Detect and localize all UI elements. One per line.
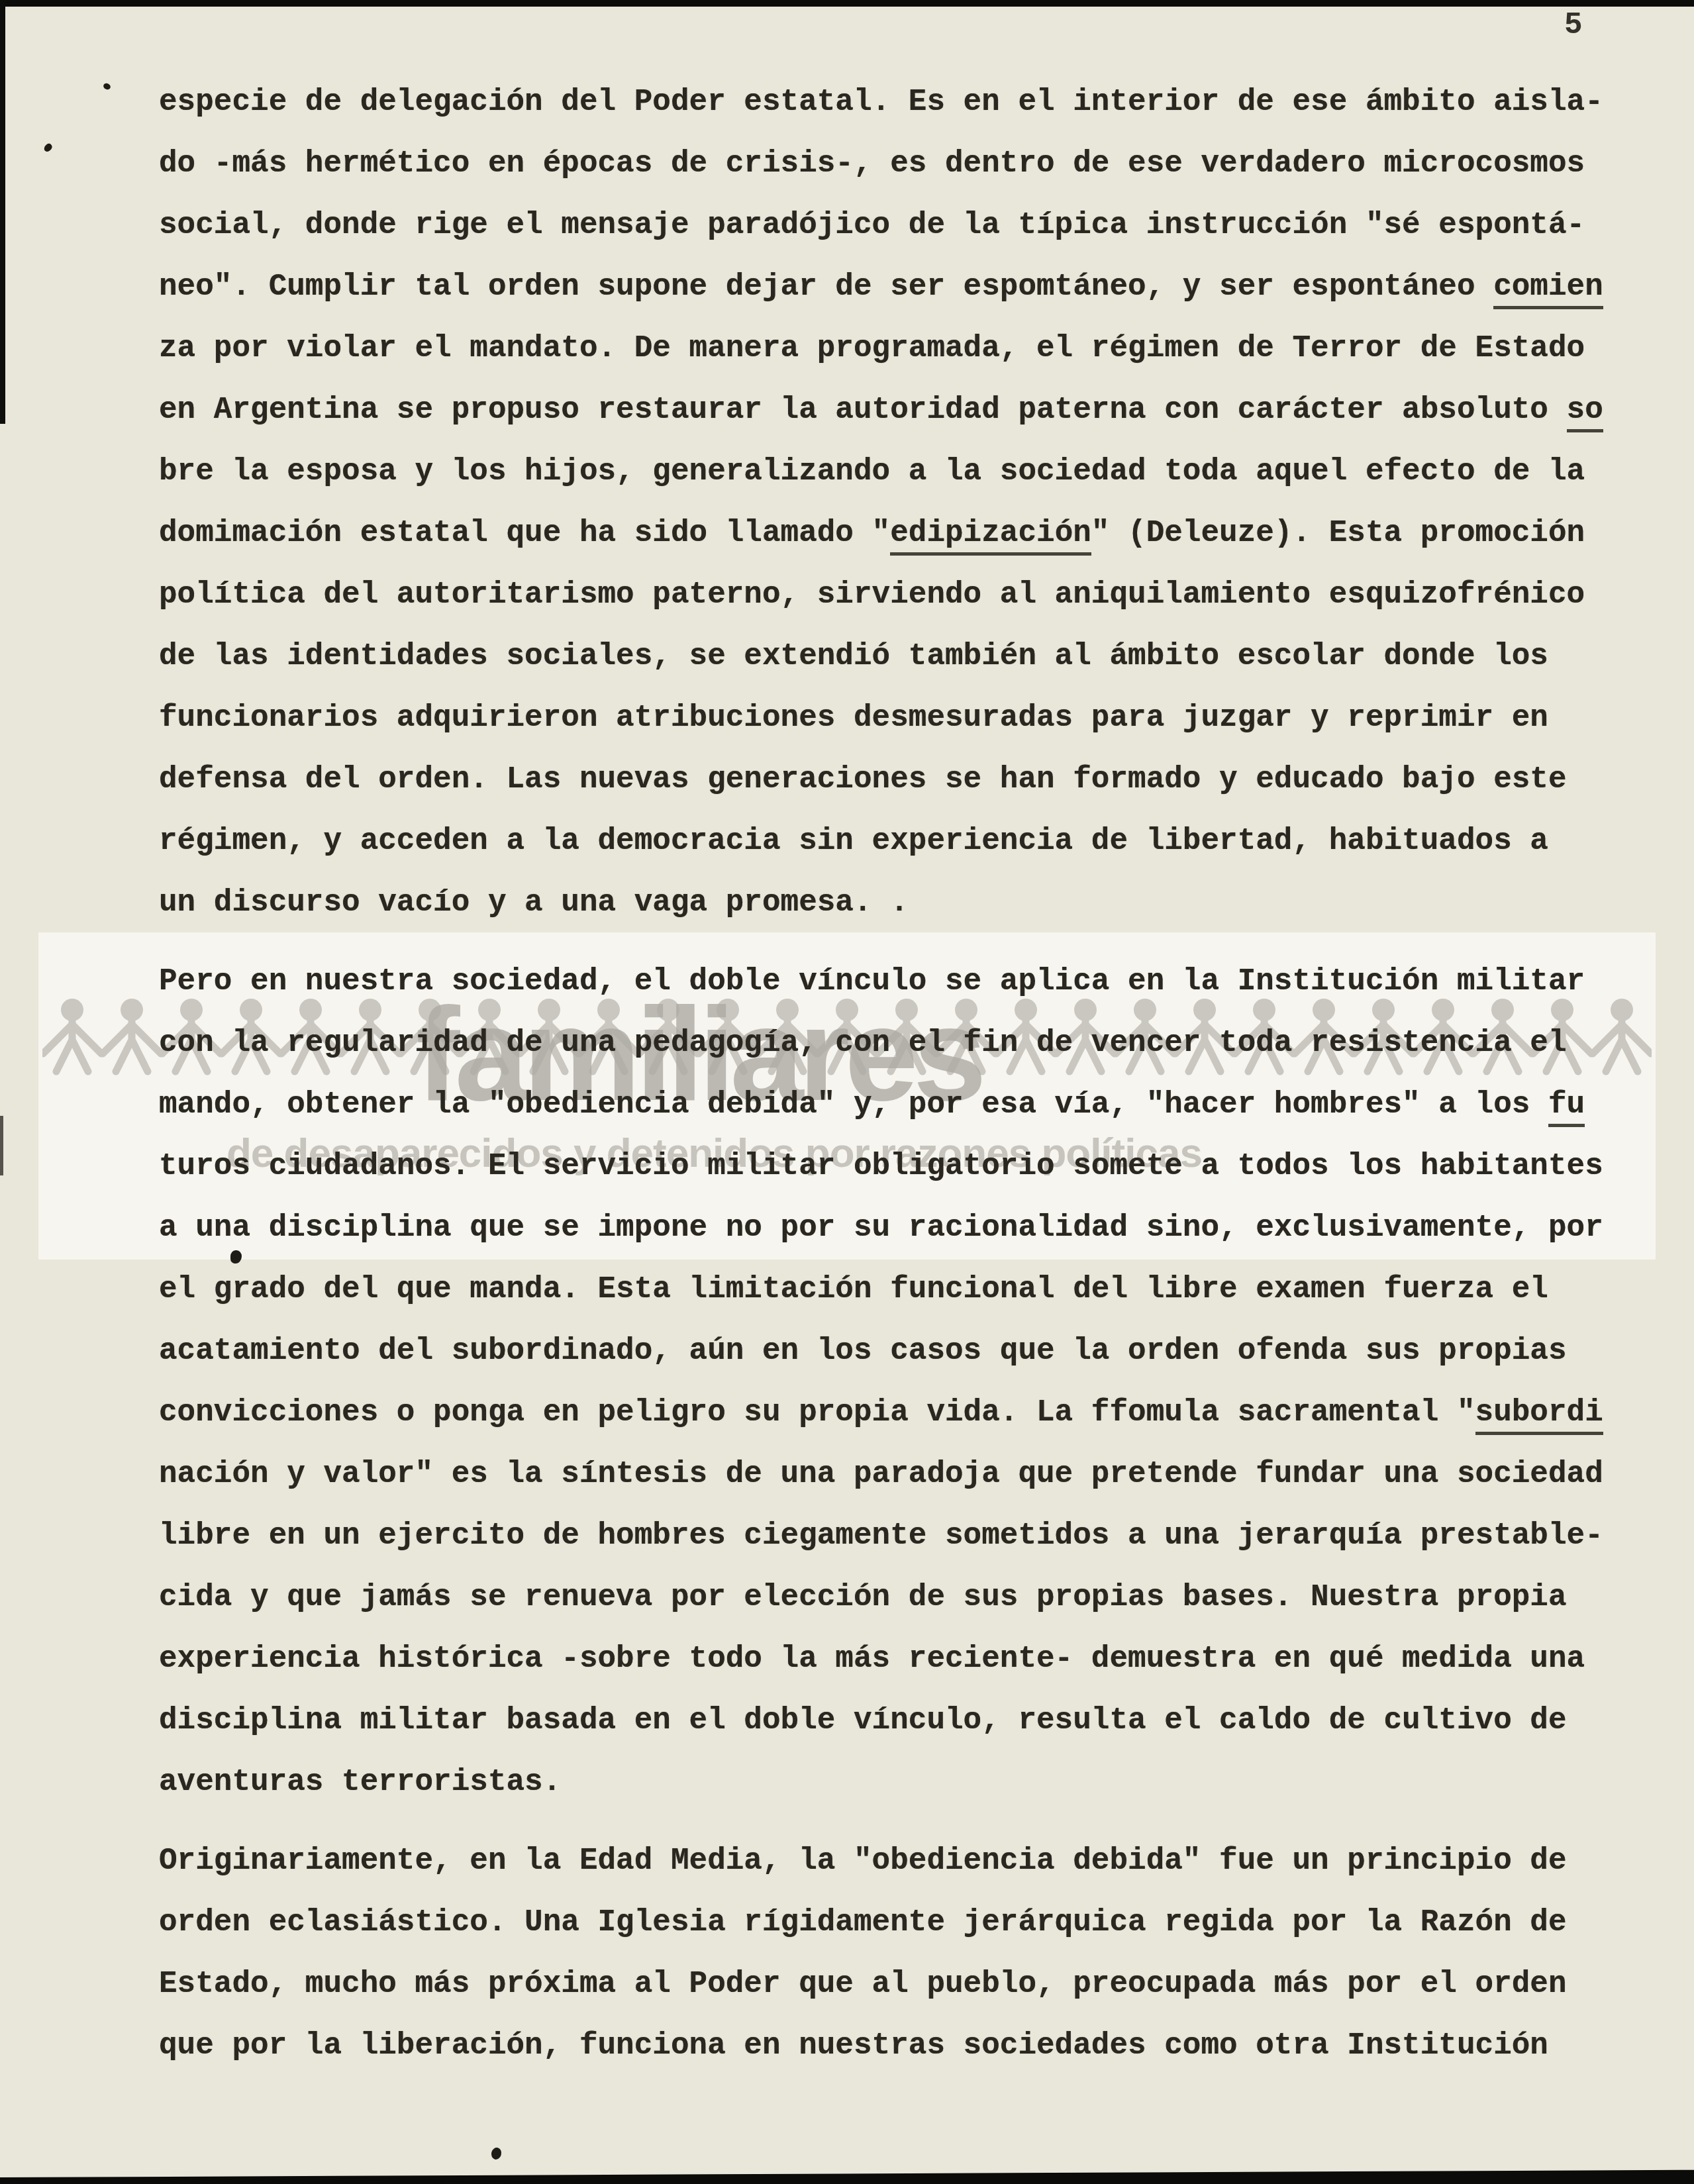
text-line: régimen, y acceden a la democracia sin e… [159,811,1636,872]
page-number: 5 [1564,8,1583,42]
text-line: social, donde rige el mensaje paradójico… [159,195,1636,256]
text-line: en Argentina se propuso restaurar la aut… [159,379,1636,441]
text-layer: especie de delegación del Poder estatal.… [159,72,1636,2077]
text-line: mando, obtener la "obediencia debida" y,… [159,1074,1636,1136]
scan-border-top [0,0,1694,7]
ink-speck [42,142,53,153]
text-line: disciplina militar basada en el doble ví… [159,1690,1636,1752]
text-line: política del autoritarismo paterno, sirv… [159,564,1636,626]
paper-doll-icon [102,997,162,1083]
scan-border-bottom [0,2167,1694,2184]
paragraph: Pero en nuestra sociedad, el doble víncu… [159,951,1636,1813]
text-line: acatamiento del subordinado, aún en los … [159,1320,1636,1382]
paper-doll-icon [42,997,102,1083]
text-line: defensa del orden. Las nuevas generacion… [159,749,1636,811]
paragraph: Originariamente, en la Edad Media, la "o… [159,1830,1636,2077]
ink-speck [490,2146,503,2160]
text-line: bre la esposa y los hijos, generalizando… [159,441,1636,503]
text-line: za por violar el mandato. De manera prog… [159,318,1636,379]
text-line: un discurso vacío y a una vaga promesa. … [159,872,1636,934]
text-line: libre en un ejercito de hombres ciegamen… [159,1505,1636,1567]
text-line: el grado del que manda. Esta limitación … [159,1259,1636,1320]
scan-border-left [0,0,5,424]
text-line: con la regularidad de una pedagogía, con… [159,1013,1636,1074]
text-line: experiencia histórica -sobre todo la más… [159,1628,1636,1690]
text-line: turos ciudadanos. El servicio militar ob… [159,1136,1636,1197]
text-line: Pero en nuestra sociedad, el doble víncu… [159,951,1636,1013]
text-line: domimación estatal que ha sido llamado "… [159,503,1636,564]
text-line: de las identidades sociales, se extendió… [159,626,1636,687]
text-line: funcionarios adquirieron atribuciones de… [159,687,1636,749]
text-line: convicciones o ponga en peligro su propi… [159,1382,1636,1444]
text-line: do -más hermético en épocas de crisis-, … [159,133,1636,195]
document-page: familiares de desaparecidos y detenidos … [0,0,1694,2184]
scan-border-left-blip [0,1116,3,1175]
text-line: nación y valor" es la síntesis de una pa… [159,1444,1636,1505]
text-line: neo". Cumplir tal orden supone dejar de … [159,256,1636,318]
text-line: a una disciplina que se impone no por su… [159,1197,1636,1259]
text-line: Originariamente, en la Edad Media, la "o… [159,1830,1636,1892]
text-line: especie de delegación del Poder estatal.… [159,72,1636,133]
text-line: que por la liberación, funciona en nuest… [159,2015,1636,2077]
ink-speck [103,82,112,91]
text-line: orden eclasiástico. Una Iglesia rígidame… [159,1892,1636,1954]
paragraph: especie de delegación del Poder estatal.… [159,72,1636,934]
text-line: aventuras terroristas. [159,1752,1636,1813]
text-line: cida y que jamás se renueva por elección… [159,1567,1636,1628]
text-line: Estado, mucho más próxima al Poder que a… [159,1954,1636,2015]
